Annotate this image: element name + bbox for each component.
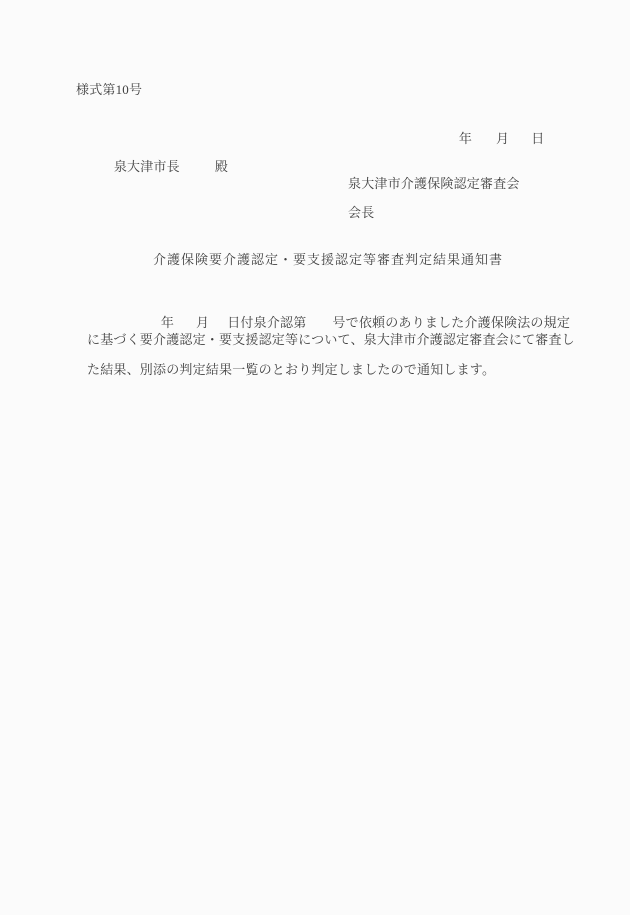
date-line: 年月日 xyxy=(445,119,544,158)
date-year-label: 年 xyxy=(459,132,472,145)
addressee-name: 泉大津市長 xyxy=(114,160,180,173)
body-day-ref: 日付泉介認第 xyxy=(227,316,306,329)
form-number: 様式第10号 xyxy=(76,83,142,96)
date-month-label: 月 xyxy=(496,132,509,145)
body-year-label: 年 xyxy=(161,316,174,329)
body-line1-rest: 号で依頼のありました介護保険法の規定 xyxy=(332,316,570,329)
body-line-3: た結果、別添の判定結果一覧のとおり判定しましたので通知します。 xyxy=(87,363,495,376)
addressee-line: 泉大津市長殿 xyxy=(100,147,228,186)
document-page: 様式第10号 年月日 泉大津市長殿 泉大津市介護保険認定審査会 会長 介護保険要… xyxy=(0,0,630,915)
addressee-honorific: 殿 xyxy=(215,160,228,173)
sender-title: 会長 xyxy=(348,206,374,219)
body-line-2: に基づく要介護認定・要支援認定等について、泉大津市介護認定審査会にて審査し xyxy=(87,333,575,346)
body-month-label: 月 xyxy=(196,316,209,329)
document-title: 介護保険要介護認定・要支援認定等審査判定結果通知書 xyxy=(153,253,503,266)
date-day-label: 日 xyxy=(531,132,544,145)
sender-organization: 泉大津市介護保険認定審査会 xyxy=(348,177,520,190)
